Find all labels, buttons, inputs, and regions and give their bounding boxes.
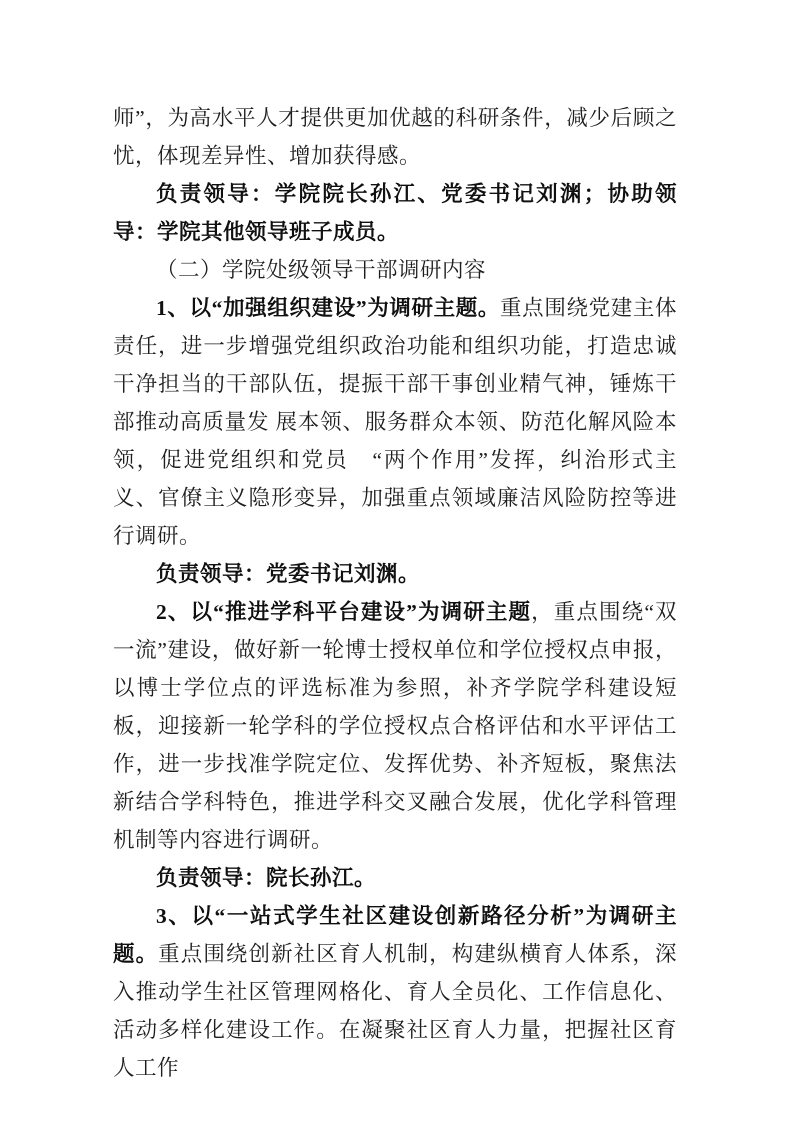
paragraph: 负责领导：院长孙江。 [113, 859, 677, 897]
text-segment-bold: 负责领导：学院院长孙江、党委书记刘渊；协助领导：学院其他领导班子成员。 [113, 182, 677, 244]
text-segment: 师”，为高水平人才提供更加优越的科研条件，减少后顾之忧，体现差异性、增加获得感。 [113, 106, 677, 168]
paragraph: 3、以“一站式学生社区建设创新路径分析”为调研主题。重点围绕创新社区育人机制，构… [113, 897, 677, 1087]
document-page: 师”，为高水平人才提供更加优越的科研条件，减少后顾之忧，体现差异性、增加获得感。… [0, 0, 793, 1122]
document-body: 师”，为高水平人才提供更加优越的科研条件，减少后顾之忧，体现差异性、增加获得感。… [113, 99, 677, 1087]
paragraph: 负责领导：学院院长孙江、党委书记刘渊；协助领导：学院其他领导班子成员。 [113, 175, 677, 251]
paragraph: 师”，为高水平人才提供更加优越的科研条件，减少后顾之忧，体现差异性、增加获得感。 [113, 99, 677, 175]
text-segment-bold: 负责领导：院长孙江。 [156, 866, 376, 890]
text-segment: ，重点围绕“双一流”建设，做好新一轮博士授权单位和学位授权点申报，以博士学位点的… [113, 600, 677, 852]
text-segment: 重点围绕创新社区育人机制，构建纵横育人体系，深入推动学生社区管理网格化、育人全员… [113, 942, 677, 1080]
text-segment: 重点围绕党建主体责任，进一步增强党组织政治功能和组织功能，打造忠诚干净担当的干部… [113, 296, 677, 548]
paragraph: 2、以“推进学科平台建设”为调研主题，重点围绕“双一流”建设，做好新一轮博士授权… [113, 593, 677, 859]
text-segment: （二）学院处级领导干部调研内容 [156, 258, 486, 282]
text-segment-bold: 负责领导：党委书记刘渊。 [156, 562, 420, 586]
paragraph: 1、以“加强组织建设”为调研主题。重点围绕党建主体责任，进一步增强党组织政治功能… [113, 289, 677, 555]
paragraph: （二）学院处级领导干部调研内容 [113, 251, 677, 289]
text-segment-bold: 1、以“加强组织建设”为调研主题。 [156, 296, 500, 320]
text-segment-bold: 2、以“推进学科平台建设”为调研主题 [156, 600, 531, 624]
paragraph: 负责领导：党委书记刘渊。 [113, 555, 677, 593]
